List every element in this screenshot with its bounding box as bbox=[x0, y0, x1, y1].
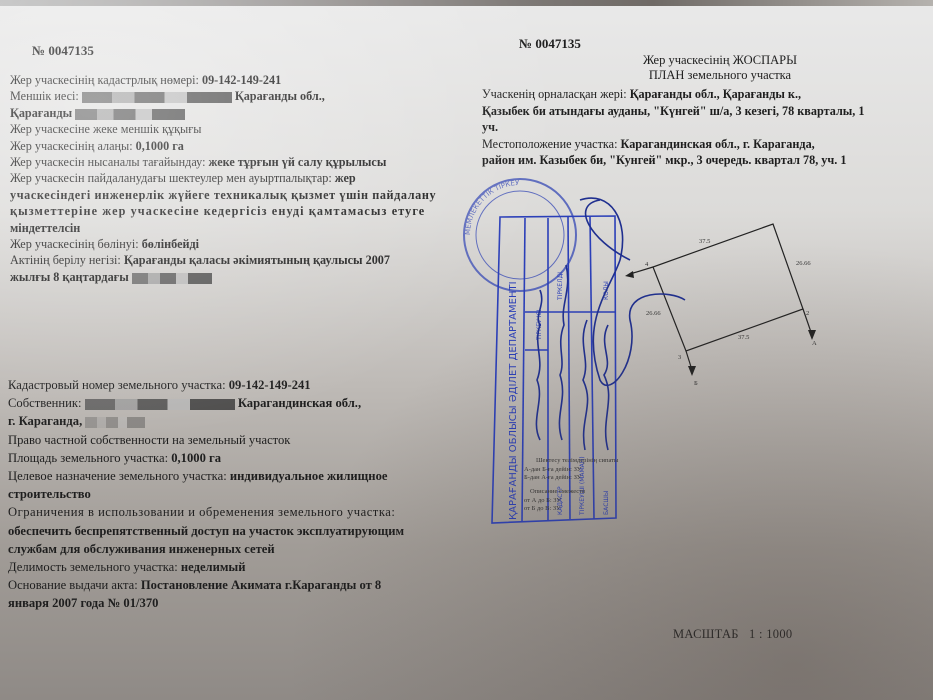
point-label-3: 3 bbox=[678, 354, 681, 361]
plot-boundary bbox=[630, 224, 812, 370]
neighbors-kz-a-b: А-дан Б-ға дейін: ЗУ bbox=[524, 466, 582, 473]
neighbors-ru-title: Описание смежеств bbox=[530, 488, 585, 495]
neighbors-ru-b-v: от Б до В: ЗУ bbox=[524, 505, 561, 512]
handwritten-signatures bbox=[536, 198, 685, 450]
direction-arrows bbox=[625, 271, 816, 376]
point-label-2: 2 bbox=[806, 310, 809, 317]
neighbors-kz-title: Шектесу телімдерінің сипаты bbox=[536, 457, 619, 464]
point-label-4: 4 bbox=[645, 261, 649, 268]
stamp-department-title: ҚАРАҒАНДЫ ОБЛЫСЫ ӘДІЛЕТ ДЕПАРТАМЕНТІ bbox=[508, 281, 519, 520]
svg-text:МЕМЛЕКЕТТІК ТІРКЕУ: МЕМЛЕКЕТТІК ТІРКЕУ bbox=[464, 179, 520, 235]
direction-a: А bbox=[812, 340, 817, 347]
seal-text: МЕМЛЕКЕТТІК ТІРКЕУ bbox=[464, 179, 520, 235]
direction-b: Б bbox=[694, 380, 698, 387]
map-scale: МАСШТАБ 1 : 1000 bbox=[673, 627, 792, 642]
plot-plan-drawing: 37.5 26.66 26.66 37.5 2 3 4 А Б МЕМЛЕКЕТ… bbox=[0, 0, 933, 700]
stamp-col-head: БАСШЫ bbox=[603, 491, 610, 515]
side-length-top: 37.5 bbox=[699, 238, 710, 245]
side-length-left: 26.66 bbox=[646, 310, 661, 317]
stamp-col-registered: ТІРКЕЛДІ bbox=[557, 272, 564, 301]
neighbors-ru-a-b: от А до Б: ЗУ bbox=[524, 497, 561, 504]
side-length-right: 26.66 bbox=[796, 260, 811, 267]
neighbors-kz-b-a: Б-дан А-ға дейін: ЗУ bbox=[524, 474, 582, 481]
side-length-bottom: 37.5 bbox=[738, 334, 749, 341]
